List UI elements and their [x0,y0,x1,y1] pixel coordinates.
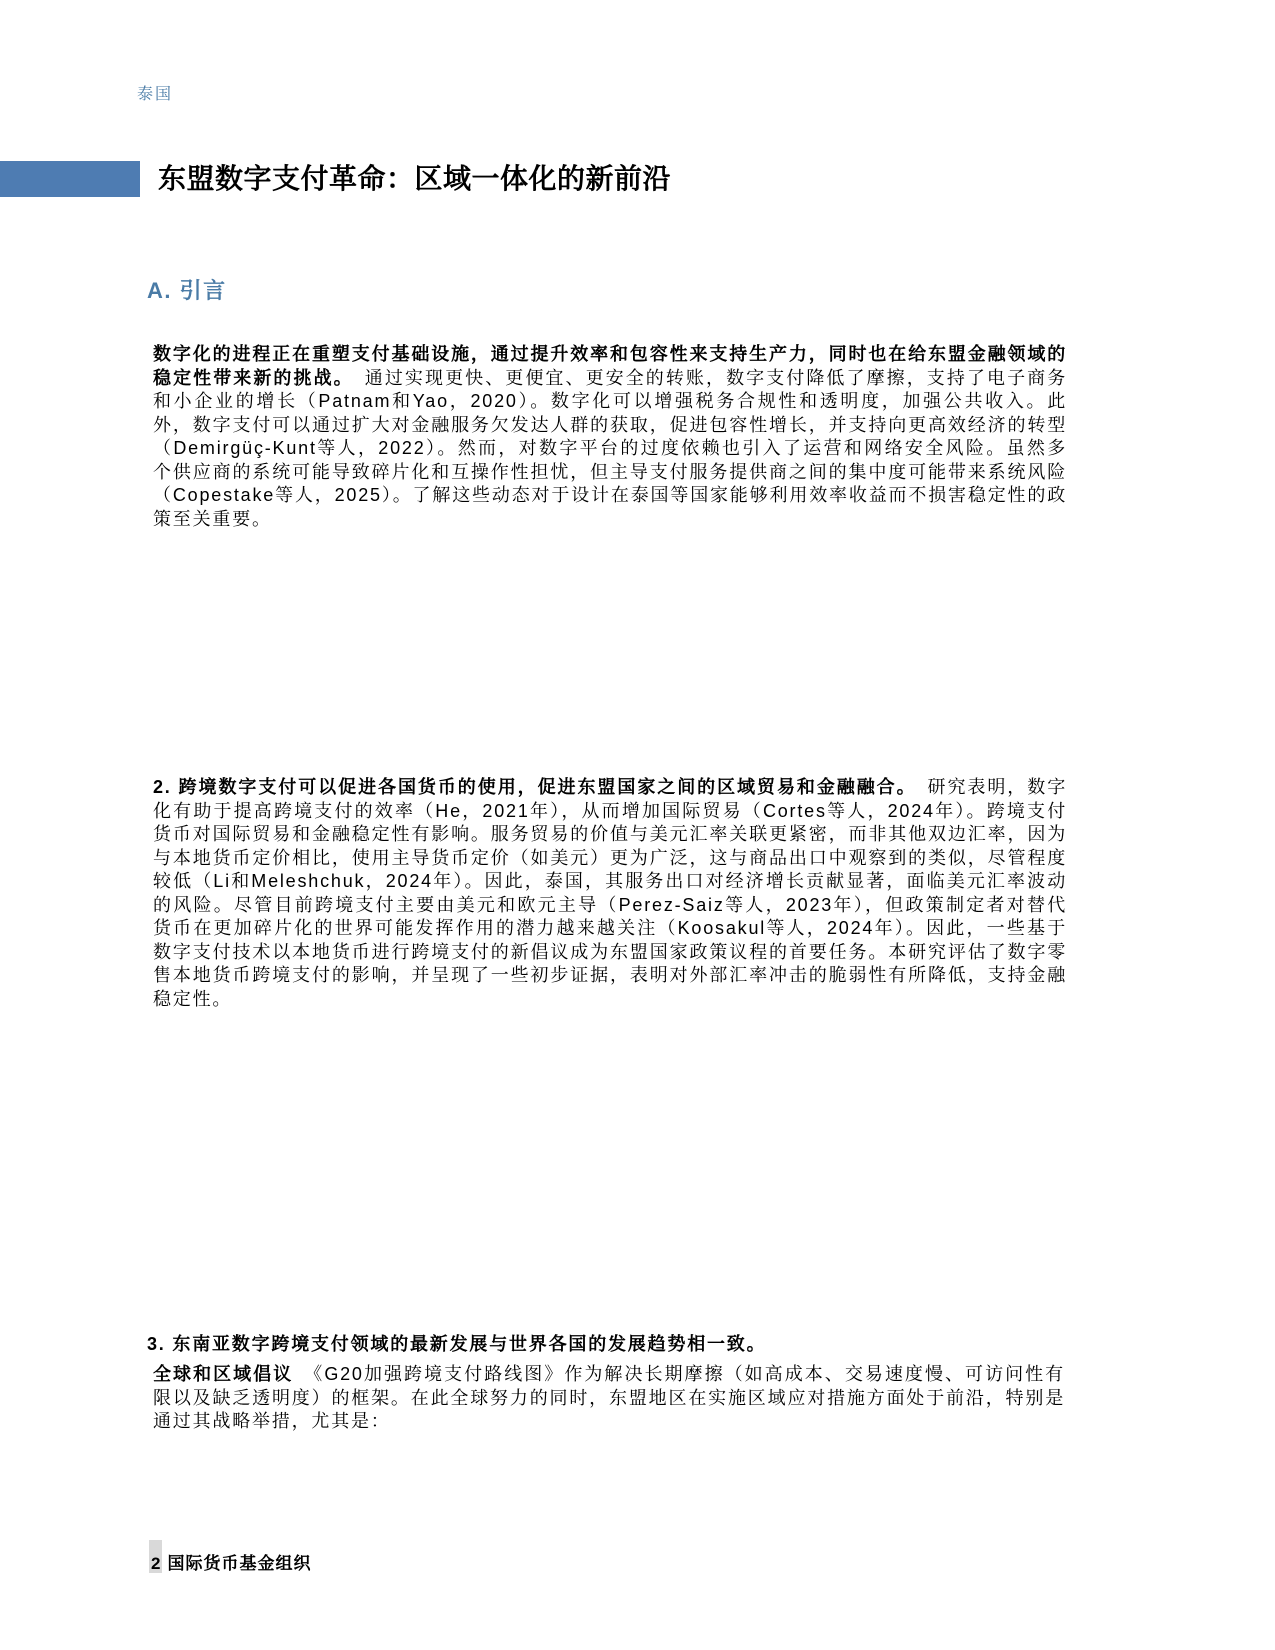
paragraph-body-text: 通过实现更快、更便宜、更安全的转账，数字支付降低了摩擦，支持了电子商务和小企业的… [153,368,1067,529]
footer-organization: 国际货币基金组织 [167,1554,311,1573]
paragraph-body-text: 研究表明，数字化有助于提高跨境支付的效率（He，2021年），从而增加国际贸易（… [153,777,1067,1009]
paragraph-digital-payments: 数字化的进程正在重塑支付基础设施，通过提升效率和包容性来支持生产力，同时也在给东… [153,343,1067,531]
document-page: 泰国 东盟数字支付革命：区域一体化的新前沿 A. 引言 数字化的进程正在重塑支付… [0,0,1275,1650]
paragraph-cross-border-payments: 2. 跨境数字支付可以促进各国货币的使用，促进东盟国家之间的区域贸易和金融融合。… [153,776,1067,1011]
paragraph-lead-sentence: 2. 跨境数字支付可以促进各国货币的使用，促进东盟国家之间的区域贸易和金融融合。 [153,777,908,797]
paragraph-heading-regional-developments: 3. 东南亚数字跨境支付领域的最新发展与世界各国的发展趋势相一致。 [147,1333,766,1357]
page-footer: 2国际货币基金组织 [151,1549,311,1574]
page-number: 2 [151,1554,161,1573]
title-accent-bar [0,161,140,197]
paragraph-global-regional-initiatives: 全球和区域倡议 《G20加强跨境支付路线图》作为解决长期摩擦（如高成本、交易速度… [153,1363,1065,1434]
section-heading-introduction: A. 引言 [147,274,227,305]
country-label: 泰国 [137,81,173,104]
document-title: 东盟数字支付革命：区域一体化的新前沿 [158,159,671,199]
paragraph-lead-sentence: 全球和区域倡议 [153,1364,293,1384]
